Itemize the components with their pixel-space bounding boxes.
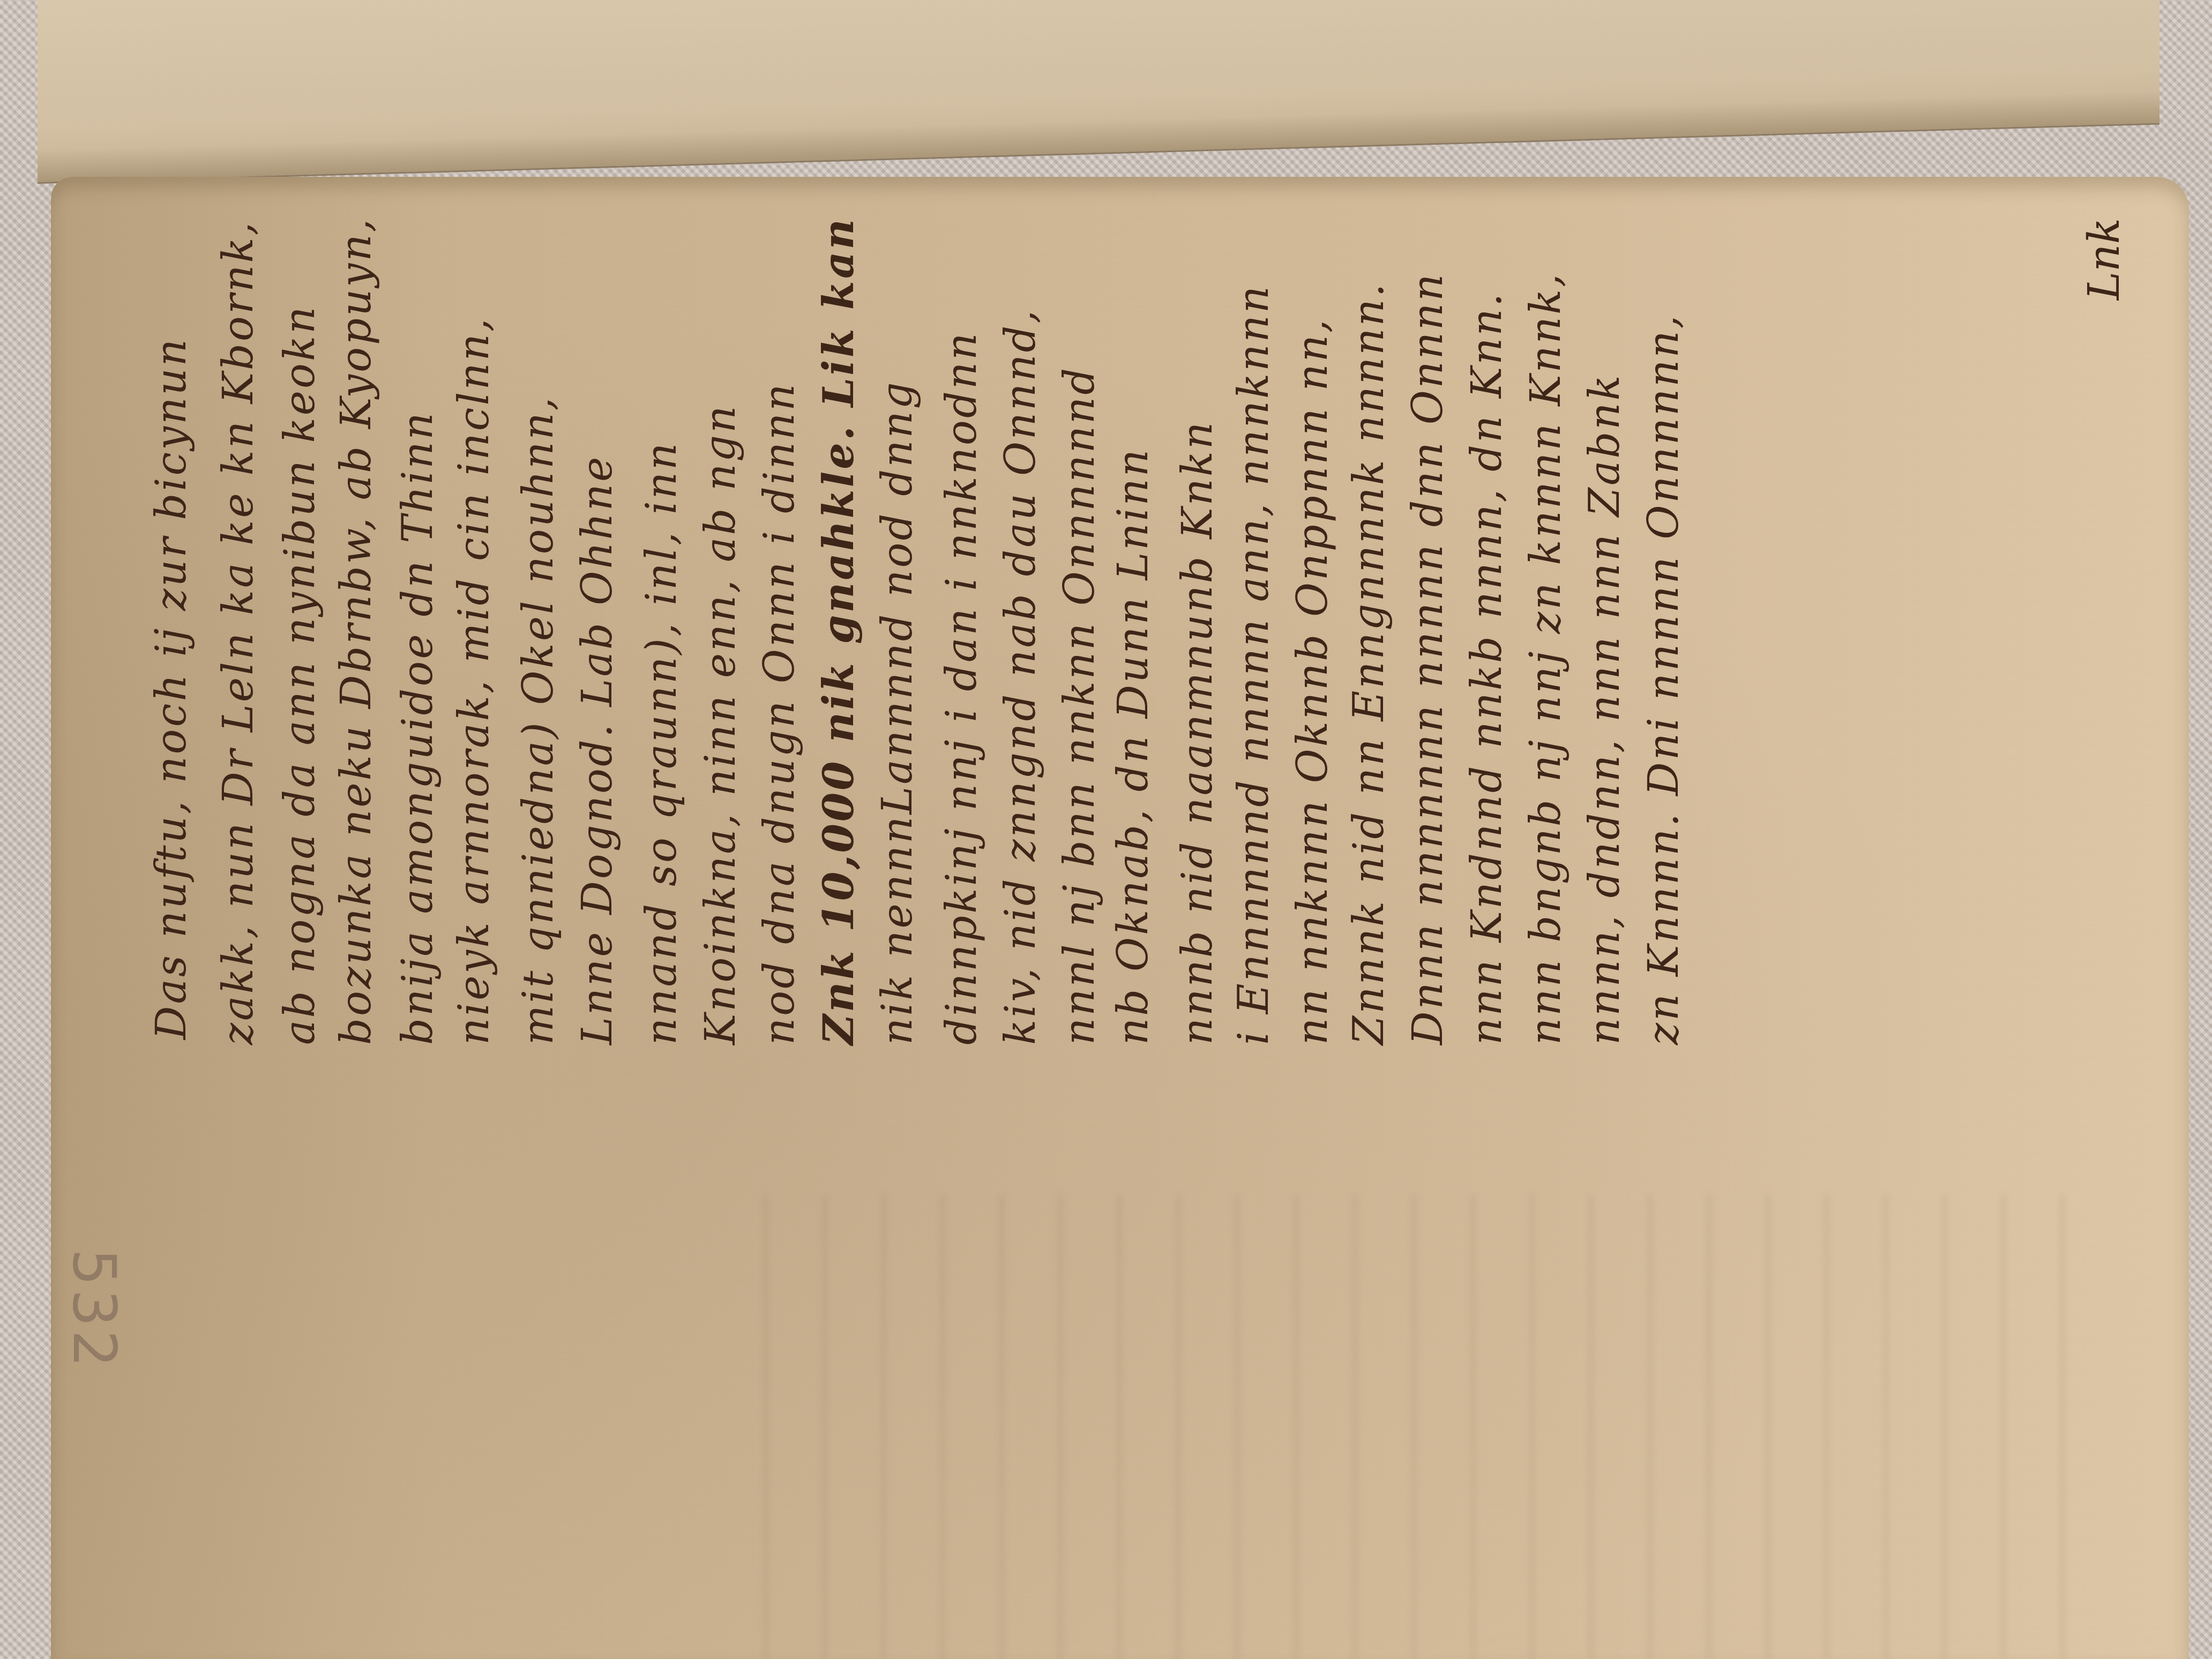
manuscript-line: Knoinkna, ninn enn, ab ngn: [697, 403, 745, 1045]
manuscript-line: dinnpkinj nnj i dan i nnknodnn: [938, 331, 986, 1045]
manuscript-line: bnija amonguidoe dn Thinn: [394, 410, 442, 1045]
manuscript-line: Znk 10,000 nik gnahkle. Lik kan: [814, 217, 863, 1045]
manuscript-line: kiv, nid znngnd nab dau Onnnd,: [997, 308, 1045, 1045]
manuscript-line: nnnb nid naanmnunb Knkn: [1174, 420, 1222, 1045]
manuscript-line: nik nennnLannnnd nod dnng: [873, 380, 922, 1045]
manuscript-line: i Ennnnnnd nnnnn ann, nnnknnn: [1230, 284, 1278, 1045]
manuscript-line: nnn Kndnnd nnkb nnnn, dn Knn.: [1463, 291, 1511, 1045]
manuscript-line: nod dna dnugn Onnn i dinnn: [756, 382, 804, 1045]
manuscript-line: nnnn, dndnn, nnn nnn Zabnk: [1581, 373, 1629, 1045]
manuscript-line: zakk, nun Dr Leln ka ke kn Kbornk,: [214, 220, 263, 1045]
manuscript-line: bozunka neku Dbrnbw, ab Kyopuyn,: [332, 216, 380, 1045]
manuscript-line: nnand so qraunn), inl, inn: [638, 441, 686, 1045]
manuscript-line: Znnnk nid nn Enngnnnnk nnnnn.: [1345, 282, 1393, 1045]
manuscript-line: nnn bngnb nj nnj zn knnnn Knnk,: [1522, 272, 1570, 1045]
manuscript-line: mit qnniedna) Okel nouhnn,: [514, 395, 563, 1045]
manuscript-line: Dnnn nnnnnnn nnnnn dnn Onnnn: [1404, 272, 1452, 1045]
manuscript-line: nieyk arnnorak, mid cin inclnn,: [450, 316, 498, 1045]
manuscript-line: ab nogna da ann nynibun keokn: [276, 305, 324, 1045]
ink-bleed-through: [721, 1195, 2114, 1659]
manuscript-line: Lnne Dognod. Lab Ohhne: [573, 455, 622, 1045]
manuscript-line: nnnl nj bnn nnknn Onnnnnnd: [1056, 366, 1104, 1045]
manuscript-line: Das nuftu, noch ij zur bicynun: [147, 337, 196, 1040]
page-number: 532: [60, 1249, 129, 1371]
manuscript-line: nn nnknnn Oknnb Onppnnn nn,: [1289, 317, 1337, 1045]
manuscript-line: zn Knnnn. Dni nnnnn Onnnnnn,: [1640, 313, 1688, 1045]
catchword: Lnk: [2079, 218, 2129, 300]
manuscript-line: nb Oknab, dn Dunn Lninn: [1109, 447, 1157, 1045]
